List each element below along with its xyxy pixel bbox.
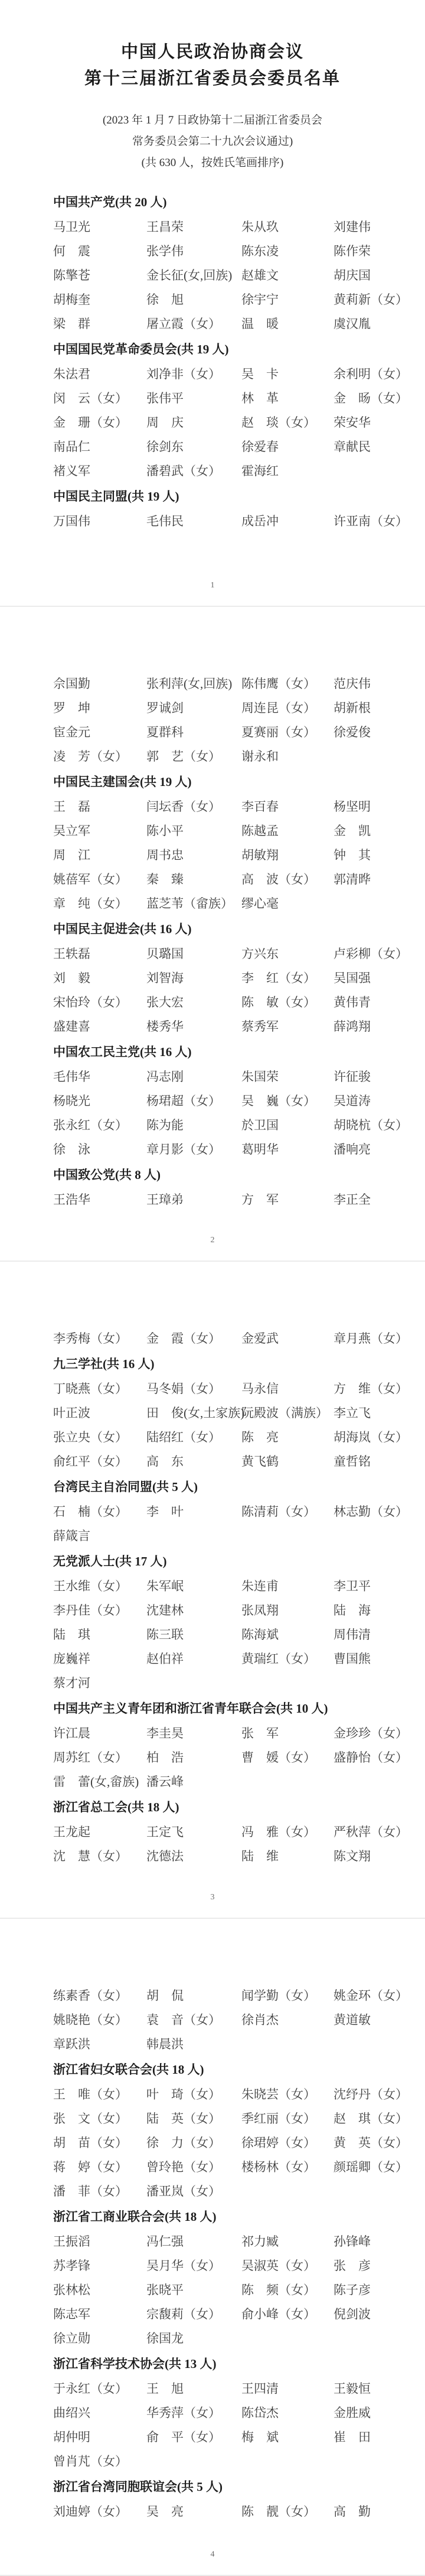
member-name: 黄莉新（女） xyxy=(334,288,408,312)
member-name: 方 军 xyxy=(241,1188,334,1212)
member-name: 方兴东 xyxy=(241,942,334,966)
member-name: 吴月华（女） xyxy=(146,2254,241,2278)
member-name: 王 唯（女） xyxy=(53,2083,146,2107)
member-row: 胡梅奎徐 旭徐宇宁黄莉新（女） xyxy=(53,288,407,312)
page-4: 练素香（女）胡 侃闻学勤（女）姚金环（女）姚晓艳（女）袁 音（女）徐肖杰黄道敏章… xyxy=(0,1919,425,2576)
member-name: 许征骏 xyxy=(334,1065,407,1089)
member-row: 曲绍兴华秀萍（女）陈岱杰金胜威 xyxy=(53,2401,407,2425)
member-name: 曹国熊 xyxy=(334,1647,407,1671)
member-name: 范庆伟 xyxy=(334,672,407,696)
member-name: 朱连甫 xyxy=(241,1574,334,1599)
member-name: 秦 臻 xyxy=(146,868,241,892)
member-row: 潘 菲（女）潘亚岚（女） xyxy=(53,2179,407,2204)
section-heading: 浙江省台湾同胞联谊会(共 5 人) xyxy=(53,2474,407,2500)
page-number-3: 3 xyxy=(0,1869,425,1902)
member-name: 陈三联 xyxy=(146,1623,241,1647)
member-row: 宋怡玲（女）张大宏陈 敏（女）黄伟青 xyxy=(53,990,407,1015)
member-name: 於卫国 xyxy=(241,1113,334,1138)
member-name: 毛伟民 xyxy=(146,509,241,534)
member-name: 李 叶 xyxy=(146,1500,241,1524)
member-name: 俞小峰（女） xyxy=(241,2302,334,2327)
member-name: 俞 平（女） xyxy=(146,2425,241,2450)
page-number-2: 2 xyxy=(0,1212,425,1245)
member-name: 林 革 xyxy=(241,386,334,411)
member-name: 曾肖芃（女） xyxy=(53,2450,146,2474)
member-name: 黄 英（女） xyxy=(334,2131,408,2155)
member-row: 王浩华王璋弟方 军李正全 xyxy=(53,1188,407,1212)
meta-line-3: (共 630 人，按姓氏笔画排序) xyxy=(0,152,425,174)
member-name: 陈 靓（女） xyxy=(241,2500,334,2524)
member-name: 宗馥莉（女） xyxy=(146,2302,241,2327)
member-row: 吴立军陈小平陈越孟金 凯 xyxy=(53,819,407,843)
member-name: 王 旭 xyxy=(146,2377,241,2401)
member-name: 姚蓓军（女） xyxy=(53,868,146,892)
member-row: 练素香（女）胡 侃闻学勤（女）姚金环（女） xyxy=(53,1984,407,2008)
member-row: 李丹佳（女）沈建林张凤翔陆 海 xyxy=(53,1599,407,1623)
member-name: 陈子彦 xyxy=(334,2278,407,2302)
member-row: 朱法君刘净非（女）吴 卡余利明（女） xyxy=(53,362,407,386)
section-heading: 中国共产主义青年团和浙江省青年联合会(共 10 人) xyxy=(53,1695,407,1721)
member-name: 刘智海 xyxy=(146,966,241,990)
member-row: 俞红平（女）高 东黄飞鹤童哲铭 xyxy=(53,1450,407,1474)
member-name: 夏群科 xyxy=(146,720,241,745)
section-heading: 中国共产党(共 20 人) xyxy=(53,189,407,215)
member-name: 陈文翔 xyxy=(334,1844,407,1869)
member-name: 潘碧武（女） xyxy=(146,459,241,483)
member-name: 胡晓杭（女） xyxy=(334,1113,408,1138)
member-name: 徐剑东 xyxy=(146,435,241,459)
member-row: 周苏红（女）柏 浩曹 媛（女）盛静怡（女） xyxy=(53,1746,407,1770)
member-name: 陆 琪 xyxy=(53,1623,146,1647)
member-name: 胡新根 xyxy=(334,696,407,720)
member-name: 葛明华 xyxy=(241,1138,334,1162)
member-name: 冯志刚 xyxy=(146,1065,241,1089)
member-row: 薛箴言 xyxy=(53,1524,407,1548)
member-name: 于永红（女） xyxy=(53,2377,146,2401)
member-name: 朱从玖 xyxy=(241,215,334,239)
member-name: 余利明（女） xyxy=(334,362,408,386)
member-name: 周伟清 xyxy=(334,1623,407,1647)
member-name: 周 江 xyxy=(53,843,146,868)
member-name: 吴 亮 xyxy=(146,2500,241,2524)
member-name: 朱国荣 xyxy=(241,1065,334,1089)
member-name: 吴国强 xyxy=(334,966,407,990)
member-name: 张林松 xyxy=(53,2278,146,2302)
member-name: 王璋弟 xyxy=(146,1188,241,1212)
member-name: 金爱武 xyxy=(241,1327,334,1351)
member-name: 沈 慧（女） xyxy=(53,1844,146,1869)
page-3: 李秀梅（女）金 霞（女）金爱武章月燕（女）九三学社(共 16 人)丁晓燕（女）马… xyxy=(0,1262,425,1919)
member-row: 罗 坤罗诚剑周连昆（女）胡新根 xyxy=(53,696,407,720)
member-name: 田 俊(女,土家族) xyxy=(146,1401,241,1425)
member-name: 黄道敏 xyxy=(334,2008,407,2032)
member-name: 霍海红 xyxy=(241,459,334,483)
member-name: 丁晓燕（女） xyxy=(53,1377,146,1401)
member-row: 姚晓艳（女）袁 音（女）徐肖杰黄道敏 xyxy=(53,2008,407,2032)
member-name: 李立飞 xyxy=(334,1401,407,1425)
member-name: 沈纾丹（女） xyxy=(334,2083,408,2107)
member-name: 华秀萍（女） xyxy=(146,2401,241,2425)
member-name: 郭清晔 xyxy=(334,868,407,892)
member-name: 陆 海 xyxy=(334,1599,407,1623)
member-row: 姚蓓军（女）秦 臻高 波（女）郭清晔 xyxy=(53,868,407,892)
member-name: 高 勤 xyxy=(334,2500,407,2524)
section-heading: 九三学社(共 16 人) xyxy=(53,1351,407,1377)
member-name: 梁 群 xyxy=(53,312,146,336)
member-name: 楼杨林（女） xyxy=(241,2155,334,2179)
member-row: 马卫光王昌荣朱从玖刘建伟 xyxy=(53,215,407,239)
member-name: 徐爱俊 xyxy=(334,720,407,745)
member-name: 章月影（女） xyxy=(146,1138,241,1162)
member-name: 陆 英（女） xyxy=(146,2107,241,2131)
member-name: 马卫光 xyxy=(53,215,146,239)
member-name: 崔 田 xyxy=(334,2425,407,2450)
member-name: 张大宏 xyxy=(146,990,241,1015)
member-row: 王龙起王定飞冯 雅（女）严秋萍（女） xyxy=(53,1820,407,1844)
member-row: 万国伟毛伟民成岳冲许亚南（女） xyxy=(53,509,407,534)
member-name: 季红丽（女） xyxy=(241,2107,334,2131)
member-name: 陈越孟 xyxy=(241,819,334,843)
member-name: 王轶磊 xyxy=(53,942,146,966)
member-name: 赵伯祥 xyxy=(146,1647,241,1671)
doc-title-line2: 第十三届浙江省委员会委员名单 xyxy=(0,66,425,92)
member-name: 张 彦 xyxy=(334,2254,407,2278)
member-name: 曹 媛（女） xyxy=(241,1746,334,1770)
member-name: 胡 苗（女） xyxy=(53,2131,146,2155)
member-row: 曾肖芃（女） xyxy=(53,2450,407,2474)
member-name: 李圭昊 xyxy=(146,1721,241,1746)
member-name: 章献民 xyxy=(334,435,407,459)
member-name: 许江晨 xyxy=(53,1721,146,1746)
member-name: 胡庆国 xyxy=(334,264,407,288)
member-name: 潘 菲（女） xyxy=(53,2179,146,2204)
member-name: 陈擎苍 xyxy=(53,264,146,288)
member-name: 徐肖杰 xyxy=(241,2008,334,2032)
member-name: 万国伟 xyxy=(53,509,146,534)
member-row: 于永红（女）王 旭王四清王毅恒 xyxy=(53,2377,407,2401)
member-name: 胡 侃 xyxy=(146,1984,241,2008)
member-name: 宦金元 xyxy=(53,720,146,745)
member-name: 俞红平（女） xyxy=(53,1450,146,1474)
member-name: 高 东 xyxy=(146,1450,241,1474)
member-row: 闵 云（女）张伟平林 革金 旸（女） xyxy=(53,386,407,411)
member-name: 徐珺婷（女） xyxy=(241,2131,334,2155)
member-name: 方 维（女） xyxy=(334,1377,408,1401)
member-name: 吴 巍（女） xyxy=(241,1089,334,1113)
member-name: 朱军岷 xyxy=(146,1574,241,1599)
member-name: 谢永和 xyxy=(241,745,334,769)
section-heading: 台湾民主自治同盟(共 5 人) xyxy=(53,1474,407,1500)
member-name: 赵雄文 xyxy=(241,264,334,288)
member-name: 蔡秀军 xyxy=(241,1015,334,1039)
member-name: 闵 云（女） xyxy=(53,386,146,411)
member-name: 虞汉胤 xyxy=(334,312,407,336)
member-name: 张利萍(女,回族) xyxy=(146,672,241,696)
section-heading: 无党派人士(共 17 人) xyxy=(53,1548,407,1574)
member-name: 袁 音（女） xyxy=(146,2008,241,2032)
member-name: 闫坛香（女） xyxy=(146,795,241,819)
member-name: 金 凯 xyxy=(334,819,407,843)
member-name: 苏孝锋 xyxy=(53,2254,146,2278)
member-row: 王 磊闫坛香（女）李百春杨坚明 xyxy=(53,795,407,819)
member-name: 金珍珍（女） xyxy=(334,1721,408,1746)
member-name: 张 文（女） xyxy=(53,2107,146,2131)
member-row: 杨晓光杨珺超（女）吴 巍（女）吴道涛 xyxy=(53,1089,407,1113)
member-row: 张永红（女）陈为能於卫国胡晓杭（女） xyxy=(53,1113,407,1138)
member-name: 张立央（女） xyxy=(53,1425,146,1450)
member-name: 沈德法 xyxy=(146,1844,241,1869)
member-name: 杨晓光 xyxy=(53,1089,146,1113)
member-name: 李卫平 xyxy=(334,1574,407,1599)
member-name: 徐 泳 xyxy=(53,1138,146,1162)
member-name: 吴道涛 xyxy=(334,1089,407,1113)
meta-line-2: 常务委员会第二十九次会议通过) xyxy=(0,131,425,152)
member-name: 张学伟 xyxy=(146,239,241,264)
member-name: 陈海斌 xyxy=(241,1623,334,1647)
member-name: 周连昆（女） xyxy=(241,696,334,720)
member-name: 陈小平 xyxy=(146,819,241,843)
member-name: 王四清 xyxy=(241,2377,334,2401)
member-name: 叶 琦（女） xyxy=(146,2083,241,2107)
member-row: 苏孝锋吴月华（女）吴淑英（女）张 彦 xyxy=(53,2254,407,2278)
member-name: 徐 旭 xyxy=(146,288,241,312)
member-name: 马永信 xyxy=(241,1377,334,1401)
member-row: 梁 群屠立霞（女）温 暖虞汉胤 xyxy=(53,312,407,336)
section-heading: 中国致公党(共 8 人) xyxy=(53,1162,407,1188)
member-name: 吴立军 xyxy=(53,819,146,843)
member-row: 陆 琪陈三联陈海斌周伟清 xyxy=(53,1623,407,1647)
member-name: 张晓平 xyxy=(146,2278,241,2302)
section-heading: 浙江省妇女联合会(共 18 人) xyxy=(53,2057,407,2083)
member-name: 赵 琪（女） xyxy=(334,2107,408,2131)
member-name: 李百春 xyxy=(241,795,334,819)
member-name: 柏 浩 xyxy=(146,1746,241,1770)
member-name: 曾玲艳（女） xyxy=(146,2155,241,2179)
member-name: 佘国勤 xyxy=(53,672,146,696)
member-name: 王定飞 xyxy=(146,1820,241,1844)
section-heading: 中国民主促进会(共 16 人) xyxy=(53,916,407,942)
member-row: 徐 泳章月影（女）葛明华潘响亮 xyxy=(53,1138,407,1162)
member-name: 王昌荣 xyxy=(146,215,241,239)
member-row: 毛伟华冯志刚朱国荣许征骏 xyxy=(53,1065,407,1089)
member-name: 徐宇宁 xyxy=(241,288,334,312)
member-name: 韩晨洪 xyxy=(146,2032,241,2057)
member-name: 周书忠 xyxy=(146,843,241,868)
member-row: 丁晓燕（女）马冬娟（女）马永信方 维（女） xyxy=(53,1377,407,1401)
member-name: 宋怡玲（女） xyxy=(53,990,146,1015)
member-name: 钟 其 xyxy=(334,843,407,868)
member-name: 吴 卡 xyxy=(241,362,334,386)
member-row: 蒋 婷（女）曾玲艳（女）楼杨林（女）颜瑶卿（女） xyxy=(53,2155,407,2179)
member-name: 黄飞鹤 xyxy=(241,1450,334,1474)
member-row: 王振滔冯仁强祁力臧孙锋峰 xyxy=(53,2230,407,2254)
doc-title-line1: 中国人民政治协商会议 xyxy=(0,39,425,66)
member-name: 徐爱春 xyxy=(241,435,334,459)
title-block: 中国人民政治协商会议 第十三届浙江省委员会委员名单 xyxy=(0,39,425,92)
member-name: 陆绍红（女） xyxy=(146,1425,241,1450)
member-name: 徐立勋 xyxy=(53,2327,146,2351)
member-name: 温 暖 xyxy=(241,312,334,336)
member-name: 王龙起 xyxy=(53,1820,146,1844)
member-name: 蒋 婷（女） xyxy=(53,2155,146,2179)
member-name: 章 纯（女） xyxy=(53,892,146,916)
member-row: 张林松张晓平陈 频（女）陈子彦 xyxy=(53,2278,407,2302)
meta-block: (2023 年 1 月 7 日政协第十二届浙江省委员会 常务委员会第二十九次会议… xyxy=(0,110,425,174)
member-name: 郭 艺（女） xyxy=(146,745,241,769)
member-row: 张 文（女）陆 英（女）季红丽（女）赵 琪（女） xyxy=(53,2107,407,2131)
member-name: 姚金环（女） xyxy=(334,1984,408,2008)
member-row: 蔡才河 xyxy=(53,1671,407,1695)
member-name: 陈岱杰 xyxy=(241,2401,334,2425)
member-name: 胡梅奎 xyxy=(53,288,146,312)
member-name: 刘建伟 xyxy=(334,215,407,239)
member-name: 胡海岚（女） xyxy=(334,1425,408,1450)
member-name: 胡敏翔 xyxy=(241,843,334,868)
member-name: 吴淑英（女） xyxy=(241,2254,334,2278)
member-row: 叶正波田 俊(女,土家族)阮殿波（满族）李立飞 xyxy=(53,1401,407,1425)
member-name: 姚晓艳（女） xyxy=(53,2008,146,2032)
member-name: 盛静怡（女） xyxy=(334,1746,408,1770)
section-heading: 中国民主建国会(共 19 人) xyxy=(53,769,407,795)
member-name: 王毅恒 xyxy=(334,2377,407,2401)
member-name: 王水维（女） xyxy=(53,1574,146,1599)
page-1: 中国人民政治协商会议 第十三届浙江省委员会委员名单 (2023 年 1 月 7 … xyxy=(0,0,425,607)
member-name: 蓝芝苇（畲族） xyxy=(146,892,241,916)
member-name: 叶正波 xyxy=(53,1401,146,1425)
member-name: 陈 频（女） xyxy=(241,2278,334,2302)
member-name: 潘响亮 xyxy=(334,1138,407,1162)
member-row: 雷 蕾(女,畲族)潘云峰 xyxy=(53,1770,407,1794)
section-heading: 浙江省科学技术协会(共 13 人) xyxy=(53,2351,407,2377)
member-row: 王水维（女）朱军岷朱连甫李卫平 xyxy=(53,1574,407,1599)
member-name: 卢彩柳（女） xyxy=(334,942,408,966)
member-name: 楼秀华 xyxy=(146,1015,241,1039)
member-row: 宦金元夏群科夏赛丽（女）徐爱俊 xyxy=(53,720,407,745)
member-name: 张永红（女） xyxy=(53,1113,146,1138)
member-name: 夏赛丽（女） xyxy=(241,720,334,745)
member-name: 毛伟华 xyxy=(53,1065,146,1089)
section-heading: 浙江省工商业联合会(共 18 人) xyxy=(53,2204,407,2230)
member-name: 陈 亮 xyxy=(241,1425,334,1450)
member-name: 林志勤（女） xyxy=(334,1500,408,1524)
member-name: 金 旸（女） xyxy=(334,386,408,411)
member-name: 朱法君 xyxy=(53,362,146,386)
member-name: 黄瑞红（女） xyxy=(241,1647,334,1671)
member-name: 李丹佳（女） xyxy=(53,1599,146,1623)
member-name: 朱晓芸（女） xyxy=(241,2083,334,2107)
member-name: 陈伟鹰（女） xyxy=(241,672,334,696)
page-number-1: 1 xyxy=(0,557,425,590)
member-name: 沈建林 xyxy=(146,1599,241,1623)
member-name: 徐国龙 xyxy=(146,2327,241,2351)
member-name: 金 珊（女） xyxy=(53,411,146,435)
member-name: 庞巍祥 xyxy=(53,1647,146,1671)
member-name: 罗 坤 xyxy=(53,696,146,720)
member-name: 张 军 xyxy=(241,1721,334,1746)
member-name: 罗诚剑 xyxy=(146,696,241,720)
member-name: 褚义军 xyxy=(53,459,146,483)
member-name: 马冬娟（女） xyxy=(146,1377,241,1401)
member-name: 章月燕（女） xyxy=(334,1327,408,1351)
member-name: 高 波（女） xyxy=(241,868,334,892)
member-name: 胡仲明 xyxy=(53,2425,146,2450)
member-row: 刘迪婷（女）吴 亮陈 靓（女）高 勤 xyxy=(53,2500,407,2524)
member-row: 张立央（女）陆绍红（女）陈 亮胡海岚（女） xyxy=(53,1425,407,1450)
member-name: 刘迪婷（女） xyxy=(53,2500,146,2524)
member-row: 佘国勤张利萍(女,回族)陈伟鹰（女）范庆伟 xyxy=(53,672,407,696)
member-name: 贝璐国 xyxy=(146,942,241,966)
member-name: 练素香（女） xyxy=(53,1984,146,2008)
page-1-sections: 中国共产党(共 20 人)马卫光王昌荣朱从玖刘建伟何 震张学伟陈东凌陈作荣陈擎苍… xyxy=(53,189,407,534)
member-name: 李正全 xyxy=(334,1188,407,1212)
member-name: 成岳冲 xyxy=(241,509,334,534)
member-name: 陈作荣 xyxy=(334,239,407,264)
member-name: 李秀梅（女） xyxy=(53,1327,146,1351)
member-name: 章跃洪 xyxy=(53,2032,146,2057)
member-name: 赵 琰（女） xyxy=(241,411,334,435)
member-name: 张伟平 xyxy=(146,386,241,411)
member-name: 陈志军 xyxy=(53,2302,146,2327)
member-name: 金胜威 xyxy=(334,2401,407,2425)
member-row: 章 纯（女）蓝芝苇（畲族）缪心毫 xyxy=(53,892,407,916)
page-number-4: 4 xyxy=(0,2526,425,2559)
member-row: 何 震张学伟陈东凌陈作荣 xyxy=(53,239,407,264)
member-row: 许江晨李圭昊张 军金珍珍（女） xyxy=(53,1721,407,1746)
section-heading: 中国民主同盟(共 19 人) xyxy=(53,483,407,509)
member-name: 潘亚岚（女） xyxy=(146,2179,241,2204)
page-2-sections: 佘国勤张利萍(女,回族)陈伟鹰（女）范庆伟罗 坤罗诚剑周连昆（女）胡新根宦金元夏… xyxy=(53,672,407,1212)
member-row: 陈擎苍金长征(女,回族)赵雄文胡庆国 xyxy=(53,264,407,288)
member-row: 王轶磊贝璐国方兴东卢彩柳（女） xyxy=(53,942,407,966)
member-name: 陈 敏（女） xyxy=(241,990,334,1015)
member-name: 缪心毫 xyxy=(241,892,334,916)
section-heading: 中国农工民主党(共 16 人) xyxy=(53,1039,407,1065)
member-name: 徐 力（女） xyxy=(146,2131,241,2155)
member-name: 金 霞（女） xyxy=(146,1327,241,1351)
member-row: 刘 毅刘智海李 红（女）吴国强 xyxy=(53,966,407,990)
member-row: 周 江周书忠胡敏翔钟 其 xyxy=(53,843,407,868)
member-row: 凌 芳（女）郭 艺（女）谢永和 xyxy=(53,745,407,769)
member-row: 盛建喜楼秀华蔡秀军薛鸿翔 xyxy=(53,1015,407,1039)
member-name: 陈东凌 xyxy=(241,239,334,264)
member-name: 刘净非（女） xyxy=(146,362,241,386)
member-name: 盛建喜 xyxy=(53,1015,146,1039)
member-name: 冯仁强 xyxy=(146,2230,241,2254)
member-name: 倪剑波 xyxy=(334,2302,407,2327)
member-name: 石 楠（女） xyxy=(53,1500,146,1524)
member-name: 蔡才河 xyxy=(53,1671,146,1695)
member-name: 周苏红（女） xyxy=(53,1746,146,1770)
member-name: 张凤翔 xyxy=(241,1599,334,1623)
member-row: 徐立勋徐国龙 xyxy=(53,2327,407,2351)
member-name: 金长征(女,回族) xyxy=(146,264,241,288)
member-row: 褚义军潘碧武（女）霍海红 xyxy=(53,459,407,483)
page-4-sections: 练素香（女）胡 侃闻学勤（女）姚金环（女）姚晓艳（女）袁 音（女）徐肖杰黄道敏章… xyxy=(53,1984,407,2524)
member-name: 王振滔 xyxy=(53,2230,146,2254)
member-name: 颜瑶卿（女） xyxy=(334,2155,408,2179)
member-name: 陈为能 xyxy=(146,1113,241,1138)
member-name: 冯 雅（女） xyxy=(241,1820,334,1844)
member-name: 南品仁 xyxy=(53,435,146,459)
page-3-sections: 李秀梅（女）金 霞（女）金爱武章月燕（女）九三学社(共 16 人)丁晓燕（女）马… xyxy=(53,1327,407,1869)
member-name: 许亚南（女） xyxy=(334,509,408,534)
member-row: 胡 苗（女）徐 力（女）徐珺婷（女）黄 英（女） xyxy=(53,2131,407,2155)
page-2: 佘国勤张利萍(女,回族)陈伟鹰（女）范庆伟罗 坤罗诚剑周连昆（女）胡新根宦金元夏… xyxy=(0,607,425,1262)
member-name: 薛鸿翔 xyxy=(334,1015,407,1039)
member-name: 何 震 xyxy=(53,239,146,264)
member-name: 周 庆 xyxy=(146,411,241,435)
member-name: 杨坚明 xyxy=(334,795,407,819)
